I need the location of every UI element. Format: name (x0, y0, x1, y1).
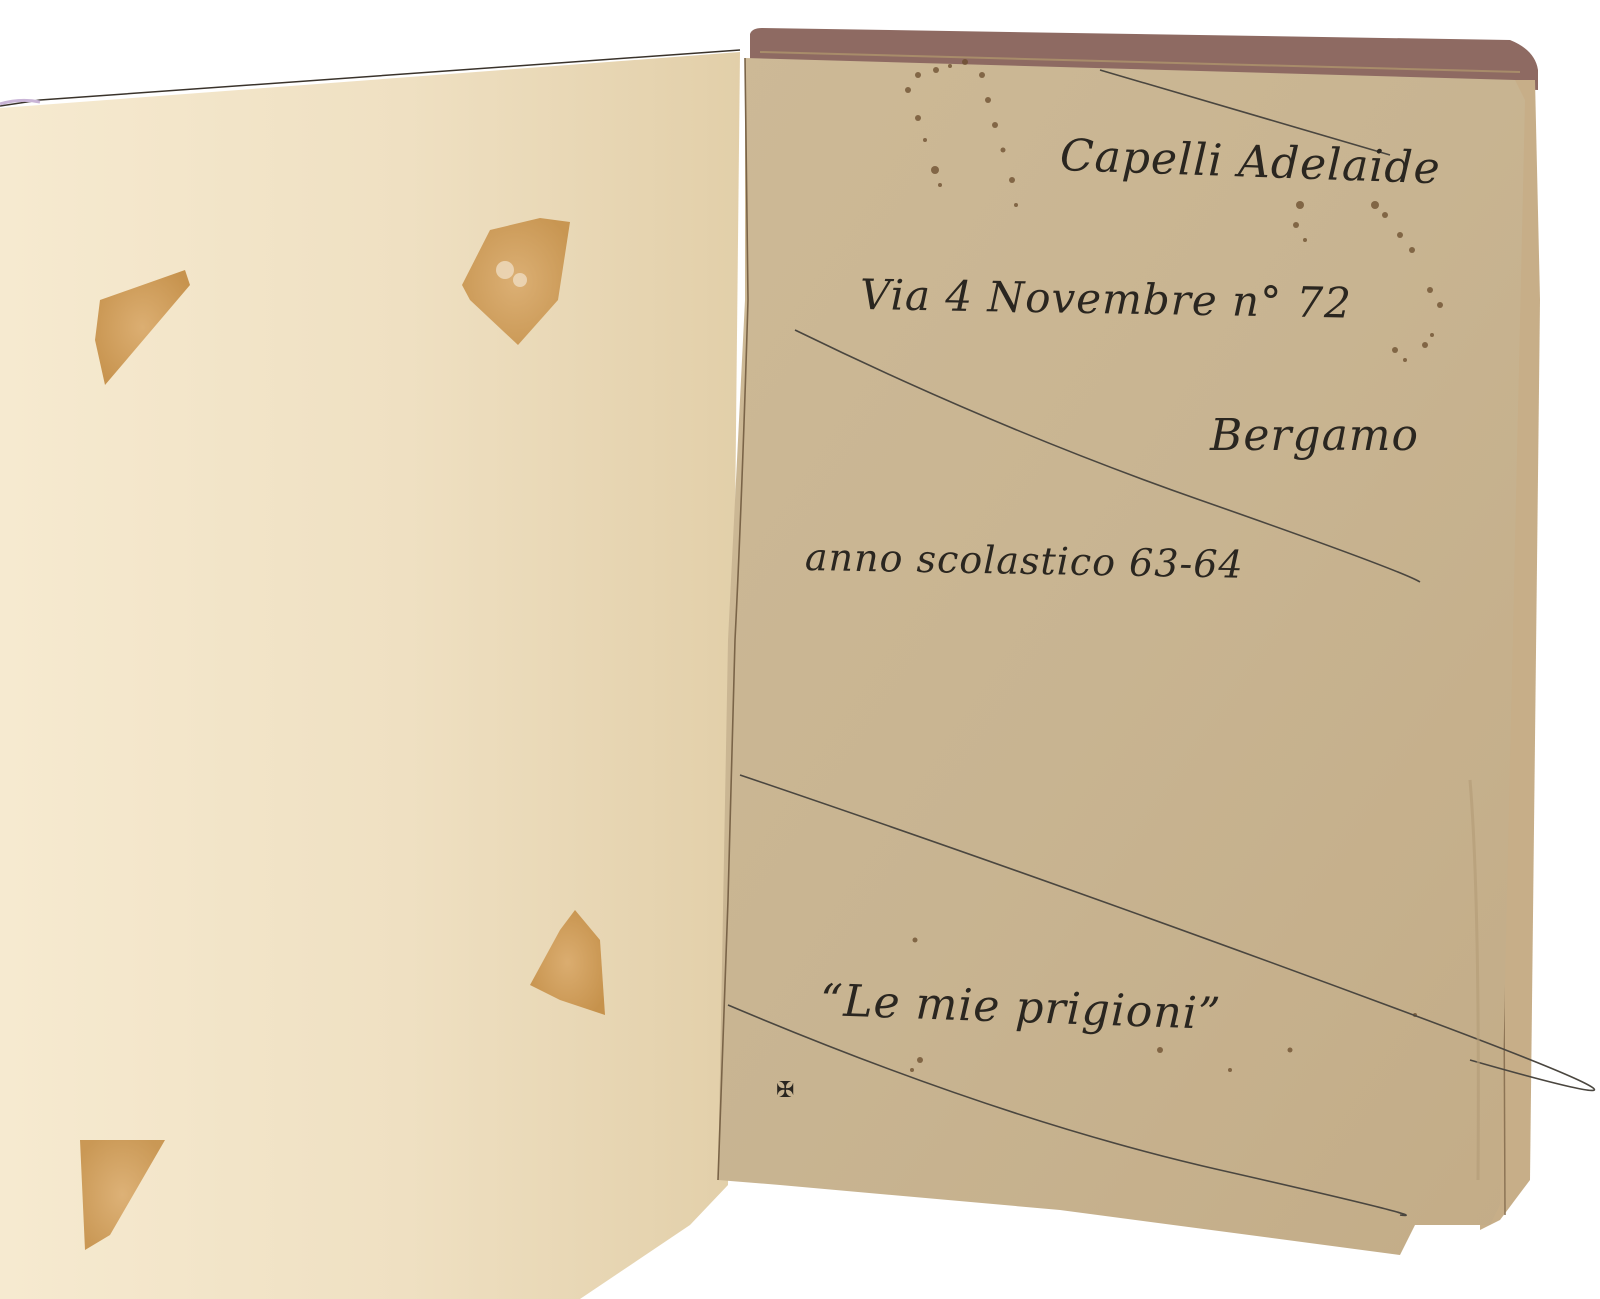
book-illustration (0, 0, 1600, 1299)
right-page (718, 58, 1525, 1255)
school-year: anno scolastico 63-64 (805, 535, 1244, 587)
open-book-photo: Capelli Adelaide Via 4 Novembre n° 72 Be… (0, 0, 1600, 1299)
city-name: Bergamo (1210, 410, 1419, 461)
left-page (0, 52, 740, 1299)
printer-mark-icon: ✠ (776, 1078, 795, 1103)
street-address: Via 4 Novembre n° 72 (860, 270, 1353, 328)
